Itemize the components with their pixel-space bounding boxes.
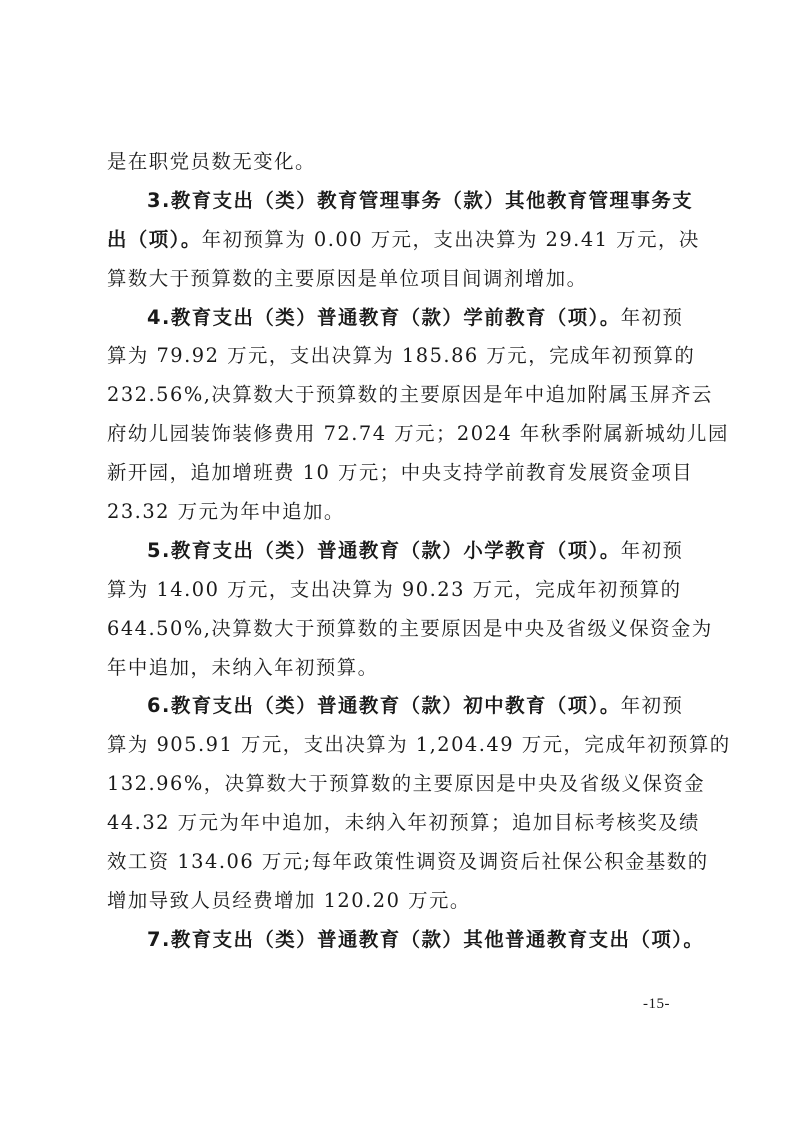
item-6-line-6: 增加导致人员经费增加 120.20 万元。 — [107, 882, 694, 921]
paragraph-item-6: 6.教育支出（类）普通教育（款）初中教育（项）。年初预 算为 905.91 万元… — [107, 687, 694, 920]
item-5-line-1: 5.教育支出（类）普通教育（款）小学教育（项）。年初预 — [107, 532, 694, 571]
item-3-heading: 3.教育支出（类）教育管理事务（款）其他教育管理事务支 — [107, 182, 694, 221]
item-4-line-3: 232.56%,决算数大于预算数的主要原因是年中追加附属玉屏齐云 — [107, 376, 694, 415]
item-4-text-start: 年初预 — [621, 306, 684, 329]
item-3-heading-end: 出（项）。 — [107, 228, 202, 251]
page-number: -15- — [643, 996, 670, 1013]
item-5-line-2: 算为 14.00 万元，支出决算为 90.23 万元，完成年初预算的 — [107, 571, 694, 610]
item-5-heading: 5.教育支出（类）普通教育（款）小学教育（项）。 — [147, 539, 621, 562]
item-4-line-1: 4.教育支出（类）普通教育（款）学前教育（项）。年初预 — [107, 299, 694, 338]
item-7-heading: 7.教育支出（类）普通教育（款）其他普通教育支出（项）。 — [107, 921, 694, 960]
item-4-line-6: 23.32 万元为年中追加。 — [107, 493, 694, 532]
item-6-line-5: 效工资 134.06 万元;每年政策性调资及调资后社保公积金基数的 — [107, 843, 694, 882]
item-6-line-3: 132.96%，决算数大于预算数的主要原因是中央及省级义保资金 — [107, 765, 694, 804]
item-5-line-4: 年中追加，未纳入年初预算。 — [107, 649, 694, 688]
item-6-line-1: 6.教育支出（类）普通教育（款）初中教育（项）。年初预 — [107, 687, 694, 726]
item-6-line-2: 算为 905.91 万元，支出决算为 1,204.49 万元，完成年初预算的 — [107, 726, 694, 765]
item-3-line-3: 算数大于预算数的主要原因是单位项目间调剂增加。 — [107, 260, 694, 299]
item-4-line-4: 府幼儿园装饰装修费用 72.74 万元；2024 年秋季附属新城幼儿园 — [107, 415, 694, 454]
item-3-text: 年初预算为 0.00 万元，支出决算为 29.41 万元，决 — [202, 228, 700, 251]
item-4-line-5: 新开园，追加增班费 10 万元；中央支持学前教育发展资金项目 — [107, 454, 694, 493]
paragraph-item-3: 3.教育支出（类）教育管理事务（款）其他教育管理事务支 出（项）。年初预算为 0… — [107, 182, 694, 299]
item-5-line-3: 644.50%,决算数大于预算数的主要原因是中央及省级义保资金为 — [107, 610, 694, 649]
item-6-line-4: 44.32 万元为年中追加，未纳入年初预算；追加目标考核奖及绩 — [107, 804, 694, 843]
item-6-text-start: 年初预 — [621, 694, 684, 717]
paragraph-continuation: 是在职党员数无变化。 — [107, 143, 694, 182]
document-page: 是在职党员数无变化。 3.教育支出（类）教育管理事务（款）其他教育管理事务支 出… — [107, 143, 694, 960]
item-5-text-start: 年初预 — [621, 539, 684, 562]
paragraph-item-5: 5.教育支出（类）普通教育（款）小学教育（项）。年初预 算为 14.00 万元，… — [107, 532, 694, 688]
paragraph-item-7: 7.教育支出（类）普通教育（款）其他普通教育支出（项）。 — [107, 921, 694, 960]
item-6-heading: 6.教育支出（类）普通教育（款）初中教育（项）。 — [147, 694, 621, 717]
item-4-line-2: 算为 79.92 万元，支出决算为 185.86 万元，完成年初预算的 — [107, 337, 694, 376]
paragraph-item-4: 4.教育支出（类）普通教育（款）学前教育（项）。年初预 算为 79.92 万元，… — [107, 299, 694, 532]
item-4-heading: 4.教育支出（类）普通教育（款）学前教育（项）。 — [147, 306, 621, 329]
item-3-line-2: 出（项）。年初预算为 0.00 万元，支出决算为 29.41 万元，决 — [107, 221, 694, 260]
